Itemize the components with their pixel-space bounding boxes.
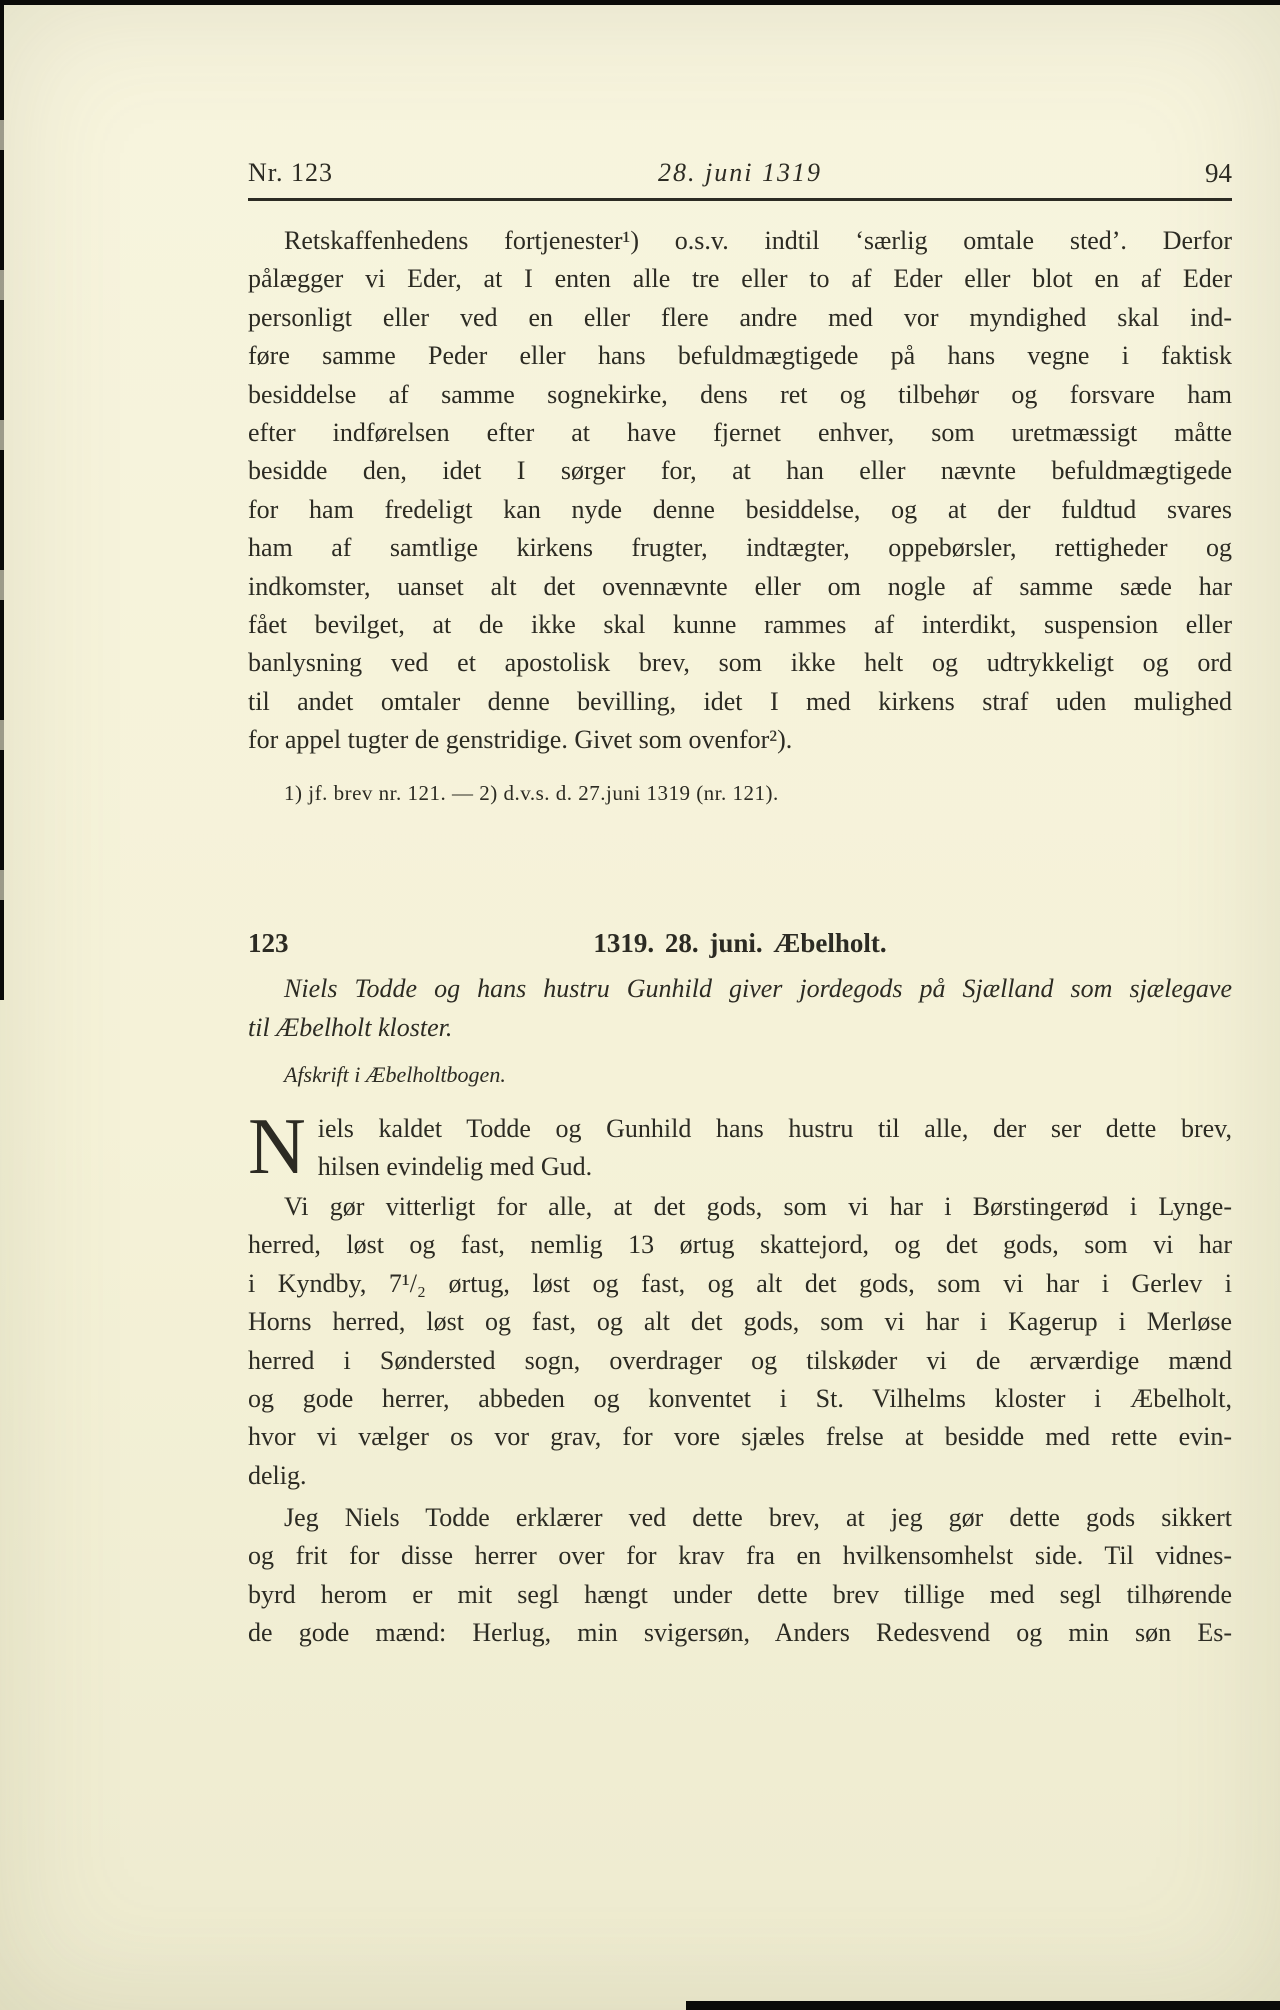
text-line: i Kyndby, 7¹/₂ ørtug, løst og fast, og a… (248, 1265, 1232, 1303)
book-page: Nr. 123 28. juni 1319 94 Retskaffenheden… (0, 0, 1280, 2010)
text-line: byrd herom er mit segl hængt under dette… (248, 1576, 1232, 1614)
footnotes: 1) jf. brev nr. 121. — 2) d.v.s. d. 27.j… (248, 781, 1232, 806)
text-line: Horns herred, løst og fast, og alt det g… (248, 1303, 1232, 1341)
text-line: til Æbelholt kloster. (248, 1009, 1232, 1048)
charter-body-1: Vi gør vitterligt for alle, at det gods,… (248, 1188, 1232, 1495)
text-line: ham af samtlige kirkens frugter, indtægt… (248, 529, 1232, 567)
text-line: hilsen evindelig med Gud. (248, 1148, 1232, 1186)
text-line: for appel tugter de genstridige. Givet s… (248, 721, 1232, 759)
header-date: 28. juni 1319 (248, 158, 1232, 188)
text-line: Jeg Niels Todde erklærer ved dette brev,… (248, 1499, 1232, 1537)
text-line: fået bevilget, at de ikke skal kunne ram… (248, 606, 1232, 644)
entry-123-translation-text: Retskaffenhedens fortjenester¹) o.s.v. i… (248, 222, 1232, 760)
scan-edge-left (0, 0, 4, 1000)
text-line: besidde den, idet I sørger for, at han e… (248, 452, 1232, 490)
text-line: hvor vi vælger os vor grav, for vore sjæ… (248, 1418, 1232, 1456)
text-line: for ham fredeligt kan nyde denne besidde… (248, 491, 1232, 529)
text-line: og frit for disse herrer over for krav f… (248, 1537, 1232, 1575)
page-header: Nr. 123 28. juni 1319 94 (248, 158, 1232, 198)
dropcap-initial: N (248, 1110, 318, 1184)
text-line: iels kaldet Todde og Gunhild hans hustru… (248, 1110, 1232, 1148)
text-line: de gode mænd: Herlug, min svigersøn, And… (248, 1614, 1232, 1652)
text-line: Niels Todde og hans hustru Gunhild giver… (248, 970, 1232, 1009)
text-line: herred i Søndersted sogn, overdrager og … (248, 1342, 1232, 1380)
page-number: 94 (1205, 158, 1232, 189)
charter-body-2: Jeg Niels Todde erklærer ved dette brev,… (248, 1499, 1232, 1653)
text-line: til andet omtaler denne bevilling, idet … (248, 683, 1232, 721)
text-line: og gode herrer, abbeden og konventet i S… (248, 1380, 1232, 1418)
header-rule (248, 198, 1232, 201)
entry-heading: 123 1319. 28. juni. Æbelholt. (248, 928, 1232, 968)
source-note: Afskrift i Æbelholtbogen. (248, 1062, 1232, 1088)
text-line: efter indførelsen efter at have fjernet … (248, 414, 1232, 452)
charter-opening-lines: iels kaldet Todde og Gunhild hans hustru… (248, 1110, 1232, 1187)
text-line: føre samme Peder eller hans befuldmægtig… (248, 337, 1232, 375)
scan-edge-top (0, 0, 1280, 5)
text-line: pålægger vi Eder, at I enten alle tre el… (248, 260, 1232, 298)
text-line: besiddelse af samme sognekirke, dens ret… (248, 376, 1232, 414)
scan-edge-bottom (686, 2001, 1280, 2010)
text-line: personligt eller ved en eller flere andr… (248, 299, 1232, 337)
entry-date-place: 1319. 28. juni. Æbelholt. (248, 928, 1232, 959)
text-line: herred, løst og fast, nemlig 13 ørtug sk… (248, 1226, 1232, 1264)
entry-summary: Niels Todde og hans hustru Gunhild giver… (248, 970, 1232, 1047)
text-line: indkomster, uanset alt det ovennævnte el… (248, 568, 1232, 606)
text-line: Retskaffenhedens fortjenester¹) o.s.v. i… (248, 222, 1232, 260)
text-line: banlysning ved et apostolisk brev, som i… (248, 644, 1232, 682)
text-line: Vi gør vitterligt for alle, at det gods,… (248, 1188, 1232, 1226)
charter-opening: N iels kaldet Todde og Gunhild hans hust… (248, 1110, 1232, 1187)
text-line: delig. (248, 1457, 1232, 1495)
